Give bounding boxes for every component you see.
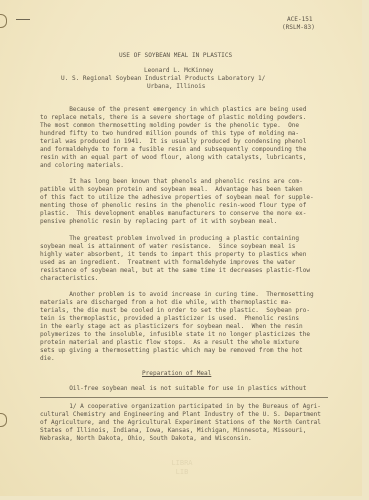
location: Urbana, Illinois [147,83,205,91]
text-line: plastic. This development enables manufa… [40,210,306,218]
affiliation: U. S. Regional Soybean Industrial Produc… [61,75,265,83]
text-line: die. [40,355,55,363]
text-line: and formaldehyde to form a fusible resin… [40,146,306,154]
text-line: sets up giving a thermosetting plastic w… [40,347,303,355]
text-line: The greatest problem involved in produci… [40,235,299,243]
text-line: to replace metals, there is a severe sho… [40,114,306,122]
text-line: polymerizes to the insoluble, infusible … [40,331,310,339]
document-title: USE OF SOYBEAN MEAL IN PLASTICS [119,52,232,60]
text-line: resin with an equal part of wood flour, … [40,154,306,162]
text-line: in the early stage act as plasticizers f… [40,323,303,331]
library-stamp: LIBRA LIB [152,459,212,477]
text-line: and coloring materials. [40,162,124,170]
doc-number: ACE-151 [287,16,313,24]
text-line: resistance of soybean meal, but at the s… [40,267,310,275]
text-line: used as an ingredient. Treatment with fo… [40,259,295,267]
text-line: patible with soybean protein and soybean… [40,186,303,194]
text-line: of this fact to utilize the adhesive pro… [40,194,314,202]
footnote-separator [40,397,328,398]
text-line: hundred fifty to two hundred million pou… [40,130,299,138]
section-first-line: Oil-free soybean meal is not suitable fo… [40,385,306,393]
stamp-line: LIB [152,468,212,477]
section-heading: Preparation of Meal [142,370,211,378]
text-line: Because of the present emergency in whic… [40,106,306,114]
text-line: The most common thermosetting molding po… [40,122,299,130]
text-line: menting those of phenolic resins in the … [40,202,306,210]
text-line: characteristics. [40,275,98,283]
text-line: terials, the die must be cooled in order… [40,307,310,315]
text-line: highly water absorbent, it tends to impa… [40,251,306,259]
footnote-line: States of Illinois, Indiana, Iowa, Kansa… [40,427,306,435]
footnote-line: of Agriculture, and the Agricultural Exp… [40,419,321,427]
staple-mark [16,19,30,20]
text-line: protein material and plastic flow stops.… [40,339,299,347]
footnote-line: cultural Chemistry and Engineering and P… [40,411,321,419]
doc-subnumber: (RSLM-83) [282,24,315,32]
text-line: pensive phenolic resin by replacing part… [40,218,277,226]
text-line: soybean meal is attainment of water resi… [40,243,295,251]
page-edge [362,0,369,500]
text-line: Another problem is to avoid increase in … [40,291,314,299]
text-line: tein is thermoplastic, provided a plasti… [40,315,299,323]
text-line: It has long been known that phenols and … [40,178,303,186]
author: Leonard L. McKinney [144,67,213,75]
page-edge [0,496,369,500]
footnote-line: 1/ A cooperative organization participat… [40,403,321,411]
footnote-line: Nebraska, North Dakota, Ohio, South Dako… [40,435,252,443]
text-line: materials are discharged from a hot die … [40,299,292,307]
text-line: terial was produced in 1941. It is usual… [40,138,306,146]
stamp-line: LIBRA [152,459,212,468]
